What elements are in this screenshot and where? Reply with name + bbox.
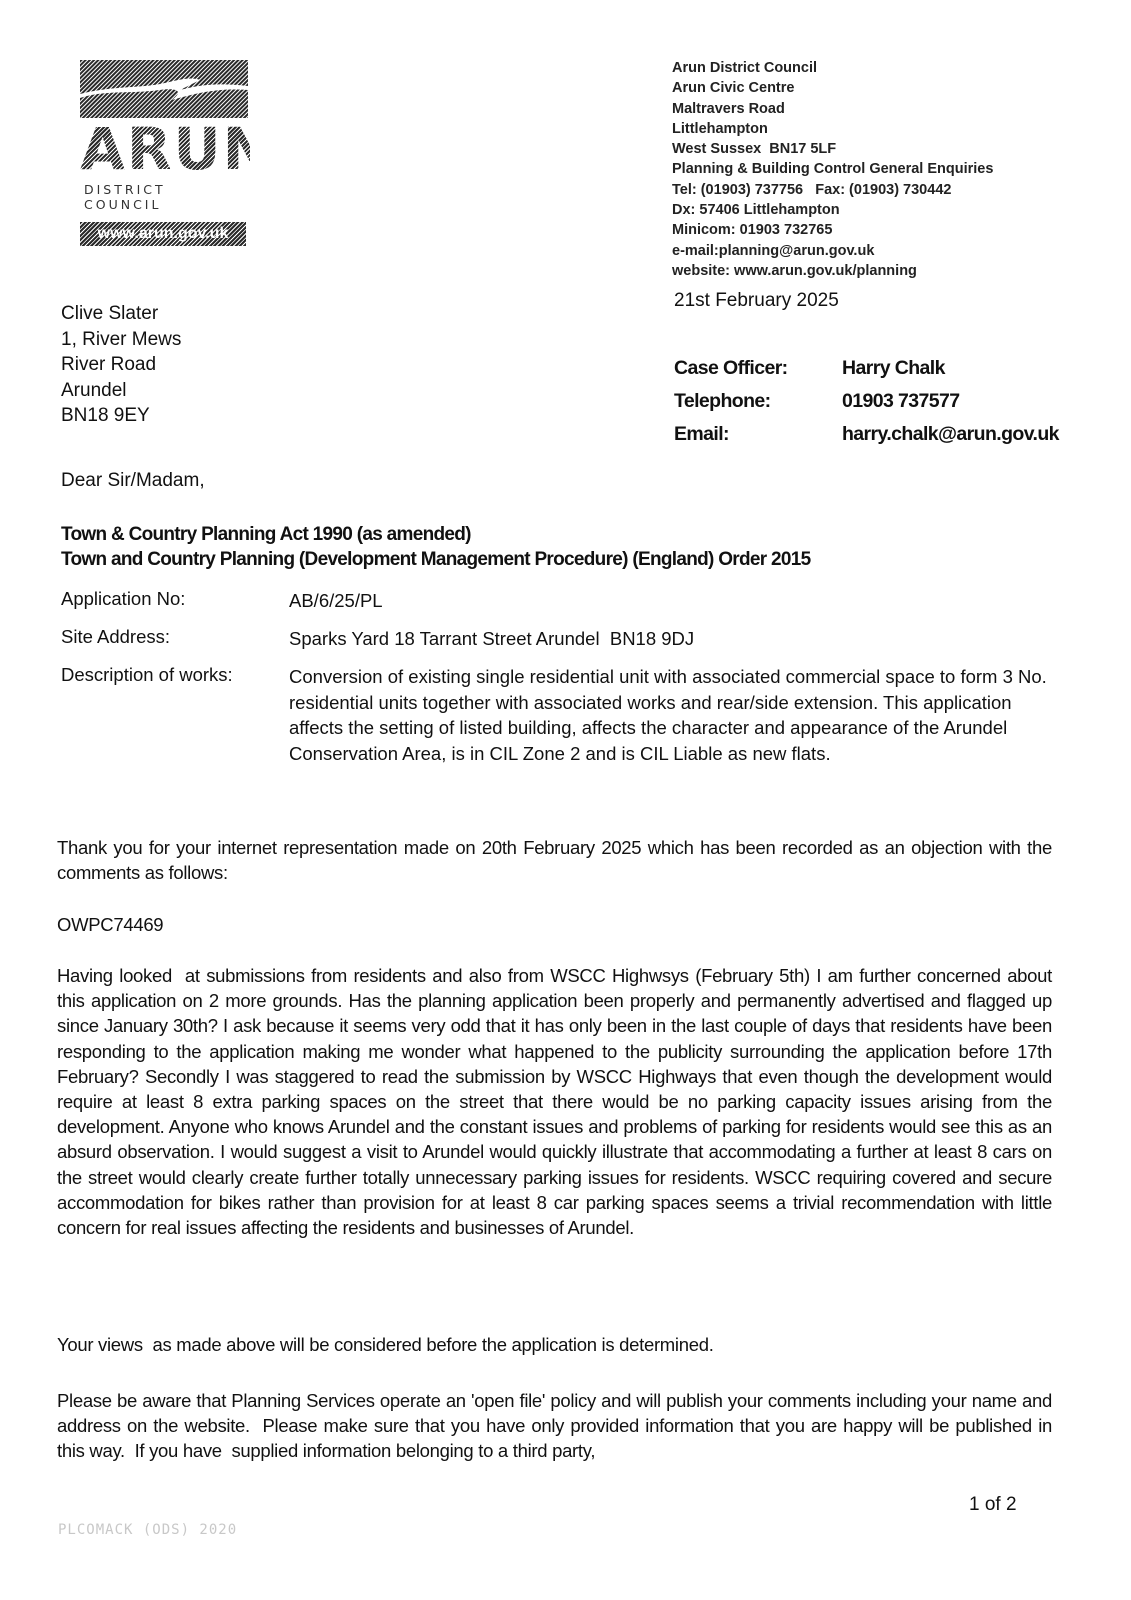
recipient-name: Clive Slater [61, 301, 181, 327]
application-details: Application No: AB/6/25/PL Site Address:… [61, 588, 1059, 766]
case-officer-name: Harry Chalk [842, 357, 945, 380]
case-officer-label: Case Officer: [674, 357, 842, 380]
council-address-line: Minicom: 01903 732765 [672, 220, 993, 240]
objection-comment: Having looked at submissions from reside… [57, 963, 1052, 1240]
order-title: Town and Country Planning (Development M… [61, 547, 811, 572]
email-row: Email: harry.chalk@arun.gov.uk [674, 418, 1059, 451]
description-row: Description of works: Conversion of exis… [61, 664, 1059, 766]
council-address-line: West Sussex BN17 5LF [672, 139, 993, 159]
council-address-block: Arun District Council Arun Civic Centre … [672, 58, 993, 281]
council-website-line: website: www.arun.gov.uk/planning [672, 261, 993, 281]
council-address-line: Dx: 57406 Littlehampton [672, 200, 993, 220]
case-officer-contact: Case Officer: Harry Chalk Telephone: 019… [674, 352, 1059, 451]
legislation-heading: Town & Country Planning Act 1990 (as ame… [61, 522, 811, 572]
site-address-label: Site Address: [61, 626, 289, 664]
form-code: PLCOMACK (ODS) 2020 [58, 1522, 237, 1538]
telephone-value: 01903 737577 [842, 390, 960, 413]
letter-date: 21st February 2025 [674, 290, 839, 312]
council-email-line: e-mail:planning@arun.gov.uk [672, 241, 993, 261]
logo-website: www.arun.gov.uk [80, 222, 246, 246]
site-address-row: Site Address: Sparks Yard 18 Tarrant Str… [61, 626, 1059, 664]
logo-wordmark: ARUN [80, 120, 250, 178]
wave-logo-icon [80, 60, 248, 118]
telephone-row: Telephone: 01903 737577 [674, 385, 1059, 418]
email-value[interactable]: harry.chalk@arun.gov.uk [842, 423, 1059, 446]
case-officer-row: Case Officer: Harry Chalk [674, 352, 1059, 385]
intro-paragraph: Thank you for your internet representati… [57, 835, 1052, 885]
application-no-label: Application No: [61, 588, 289, 626]
description-label: Description of works: [61, 664, 289, 766]
recipient-address-line: 1, River Mews [61, 327, 181, 353]
council-logo: ARUN DISTRICT COUNCIL www.arun.gov.uk [80, 60, 250, 246]
page-number: 1 of 2 [969, 1494, 1017, 1516]
council-address-line: Planning & Building Control General Enqu… [672, 159, 993, 179]
council-phone-line: Tel: (01903) 737756 Fax: (01903) 730442 [672, 180, 993, 200]
act-title: Town & Country Planning Act 1990 (as ame… [61, 522, 811, 547]
council-address-line: Littlehampton [672, 119, 993, 139]
site-address-value: Sparks Yard 18 Tarrant Street Arundel BN… [289, 626, 1059, 664]
recipient-address-line: River Road [61, 352, 181, 378]
email-label: Email: [674, 423, 842, 446]
description-value: Conversion of existing single residentia… [289, 664, 1059, 766]
council-address-line: Maltravers Road [672, 99, 993, 119]
comment-reference: OWPC74469 [57, 912, 1052, 937]
recipient-address: Clive Slater 1, River Mews River Road Ar… [61, 301, 181, 429]
council-address-line: Arun Civic Centre [672, 78, 993, 98]
recipient-postcode: BN18 9EY [61, 403, 181, 429]
views-paragraph: Your views as made above will be conside… [57, 1332, 1052, 1357]
salutation: Dear Sir/Madam, [61, 470, 205, 492]
council-address-line: Arun District Council [672, 58, 993, 78]
telephone-label: Telephone: [674, 390, 842, 413]
application-no-value: AB/6/25/PL [289, 588, 1059, 626]
recipient-address-line: Arundel [61, 378, 181, 404]
application-no-row: Application No: AB/6/25/PL [61, 588, 1059, 626]
logo-subtitle: DISTRICT COUNCIL [80, 182, 250, 212]
open-file-paragraph: Please be aware that Planning Services o… [57, 1388, 1052, 1464]
